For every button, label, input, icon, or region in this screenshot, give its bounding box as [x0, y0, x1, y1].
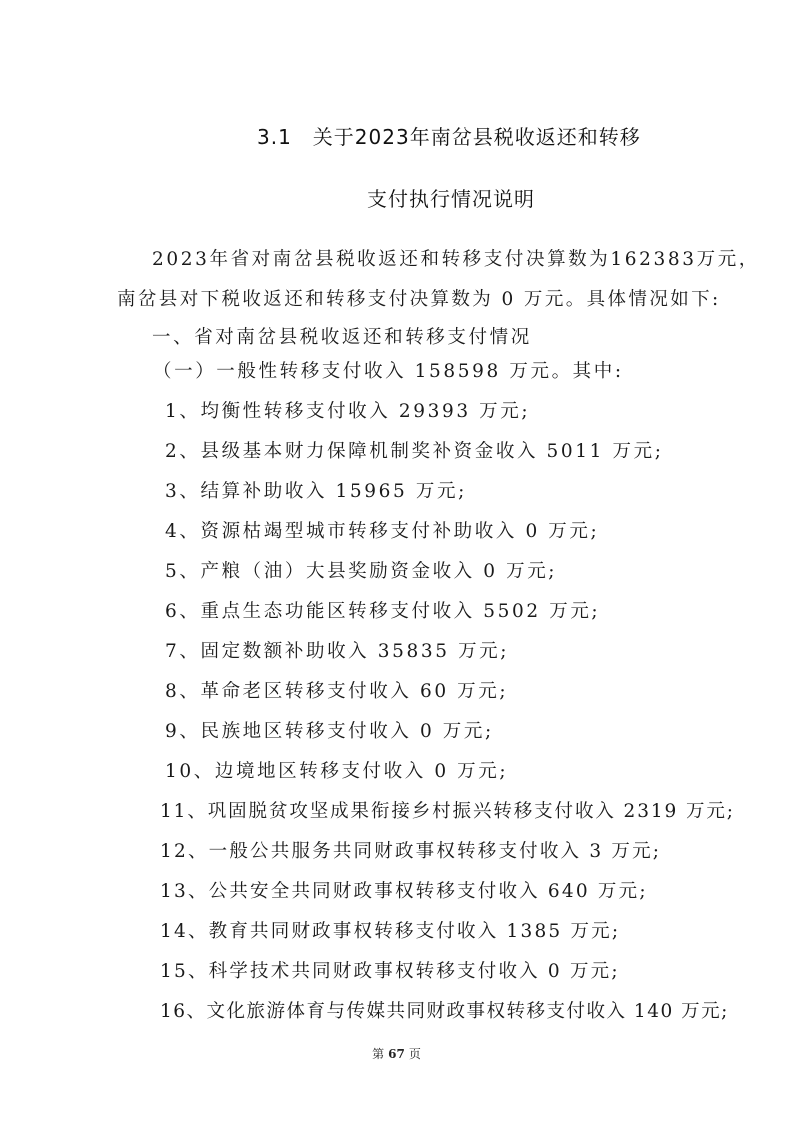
list-item: 7、固定数额补助收入 35835 万元; — [165, 637, 509, 663]
list-item: 13、公共安全共同财政事权转移支付收入 640 万元; — [160, 877, 648, 903]
subsection-heading: （一）一般性转移支付收入 158598 万元。其中: — [153, 357, 624, 383]
document-page: 3.1 关于2023年南岔县税收返还和转移 支付执行情况说明 2023年省对南岔… — [0, 0, 793, 1122]
list-item: 5、产粮（油）大县奖励资金收入 0 万元; — [165, 557, 557, 583]
page-prefix: 第 — [372, 1047, 384, 1061]
list-item: 6、重点生态功能区转移支付收入 5502 万元; — [165, 597, 600, 623]
list-item: 14、教育共同财政事权转移支付收入 1385 万元; — [160, 917, 620, 943]
list-item: 9、民族地区转移支付收入 0 万元; — [165, 717, 494, 743]
intro-line-1: 2023年省对南岔县税收返还和转移支付决算数为162383万元， — [152, 245, 760, 271]
list-item: 10、边境地区转移支付收入 0 万元; — [165, 757, 508, 783]
list-item: 15、科学技术共同财政事权转移支付收入 0 万元; — [160, 957, 620, 983]
title-line-1: 3.1 关于2023年南岔县税收返还和转移 — [257, 121, 641, 150]
page-footer: 第67页 — [0, 1045, 793, 1062]
intro-line-2: 南岔县对下税收返还和转移支付决算数为 0 万元。具体情况如下: — [117, 285, 721, 311]
list-item: 16、文化旅游体育与传媒共同财政事权转移支付收入 140 万元; — [160, 997, 729, 1023]
list-item: 2、县级基本财力保障机制奖补资金收入 5011 万元; — [165, 437, 664, 463]
list-item: 11、巩固脱贫攻坚成果衔接乡村振兴转移支付收入 2319 万元; — [160, 797, 735, 823]
page-suffix: 页 — [409, 1047, 421, 1061]
list-item: 1、均衡性转移支付收入 29393 万元; — [165, 397, 530, 423]
section-heading: 一、省对南岔县税收返还和转移支付情况 — [152, 323, 532, 349]
page-number: 67 — [388, 1047, 405, 1061]
list-item: 12、一般公共服务共同财政事权转移支付收入 3 万元; — [160, 837, 661, 863]
list-item: 3、结算补助收入 15965 万元; — [165, 477, 467, 503]
list-item: 4、资源枯竭型城市转移支付补助收入 0 万元; — [165, 517, 599, 543]
list-item: 8、革命老区转移支付收入 60 万元; — [165, 677, 508, 703]
title-line-2: 支付执行情况说明 — [367, 183, 535, 212]
